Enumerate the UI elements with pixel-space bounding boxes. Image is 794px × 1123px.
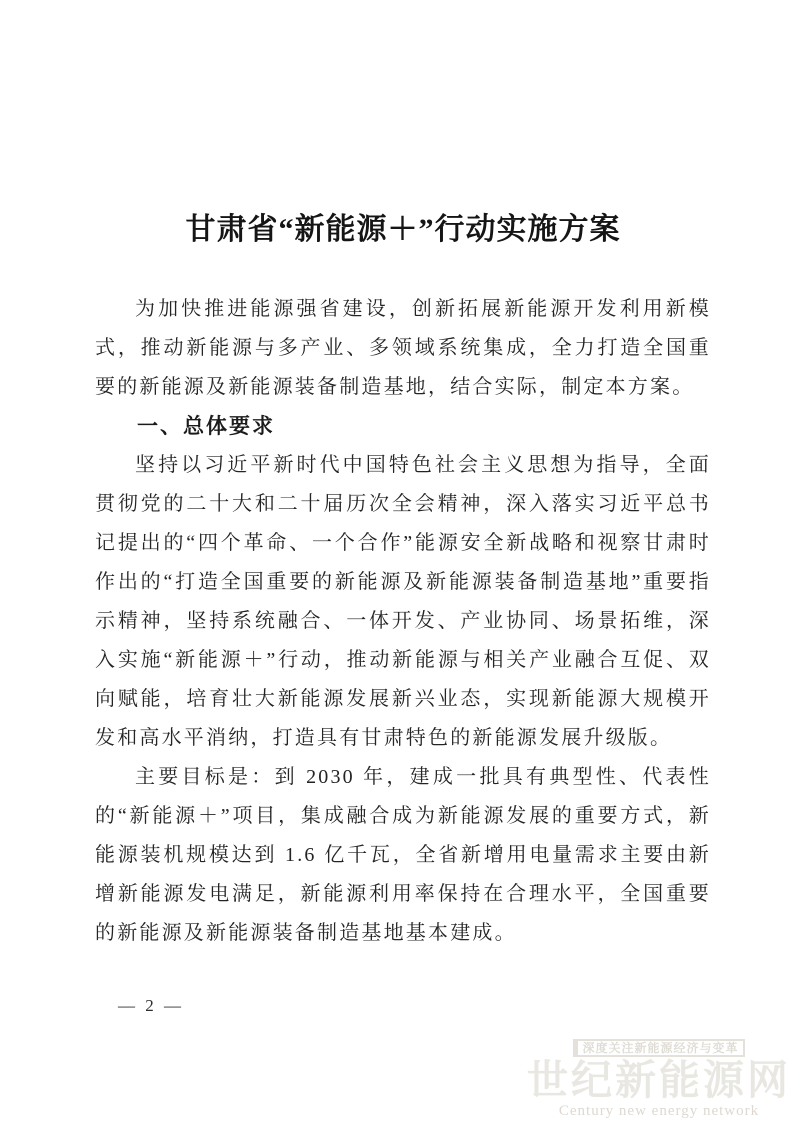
watermark-brand-english: Century new energy network <box>559 1103 759 1119</box>
document-content: 甘肃省“新能源＋”行动实施方案 为加快推进能源强省建设，创新拓展新能源开发利用新… <box>95 208 711 953</box>
page-number: — 2 — <box>118 996 184 1016</box>
watermark-brand: 世纪新能源网 <box>527 1057 791 1103</box>
paragraph-intro: 为加快推进能源强省建设，创新拓展新能源开发利用新模式，推动新能源与多产业、多领域… <box>95 290 711 407</box>
document-page: 甘肃省“新能源＋”行动实施方案 为加快推进能源强省建设，创新拓展新能源开发利用新… <box>0 0 794 1123</box>
watermark-tagline: 深度关注新能源经济与变革 <box>573 1039 744 1057</box>
document-title: 甘肃省“新能源＋”行动实施方案 <box>95 208 711 252</box>
paragraph-guiding-principles: 坚持以习近平新时代中国特色社会主义思想为指导，全面贯彻党的二十大和二十届历次全会… <box>95 446 711 758</box>
section-heading-overall-requirements: 一、总体要求 <box>95 407 711 446</box>
paragraph-main-goals: 主要目标是：到 2030 年，建成一批具有典型性、代表性的“新能源＋”项目，集成… <box>95 758 711 953</box>
watermark: 深度关注新能源经济与变革 世纪新能源网 Century new energy n… <box>534 1039 784 1119</box>
